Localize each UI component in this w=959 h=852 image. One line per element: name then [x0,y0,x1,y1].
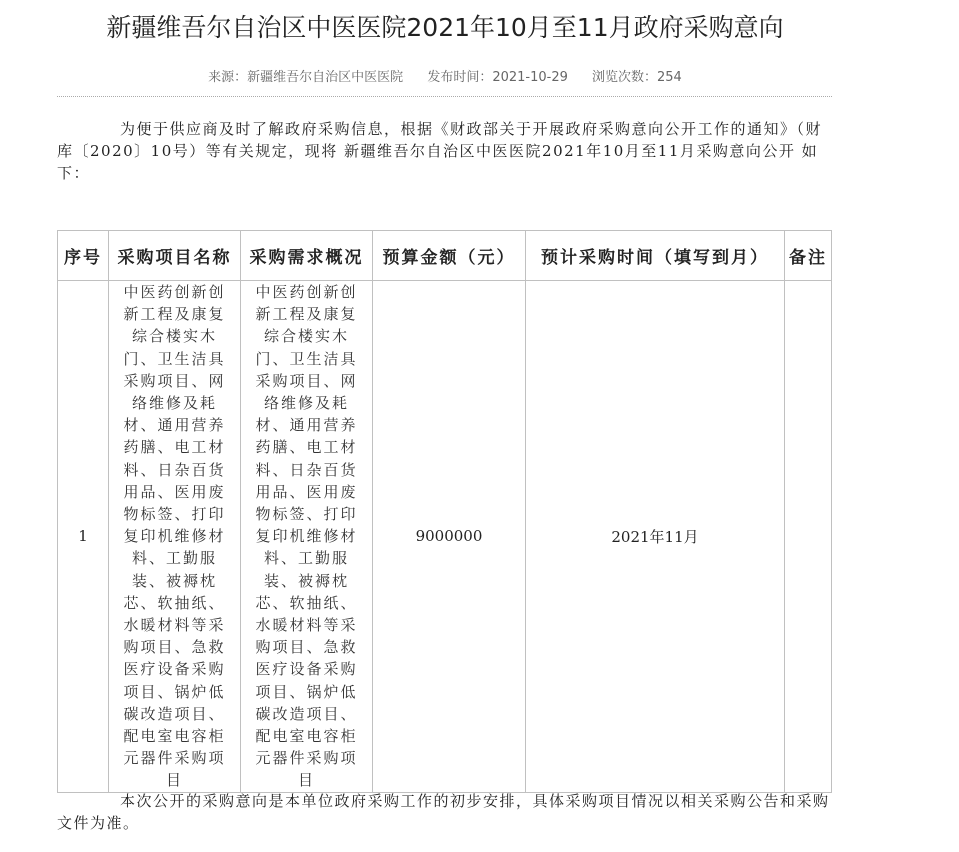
source-label: 来源：新疆维吾尔自治区中医医院 [208,70,403,85]
publish-date: 发布时间：2021-10-29 [427,70,568,85]
project-name-text: 中医药创新创新工程及康复综合楼实木门、卫生洁具采购项目、网络维修及耗材、通用营养… [116,281,234,792]
cell-budget: 9000000 [373,281,526,793]
requirement-text: 中医药创新创新工程及康复综合楼实木门、卫生洁具采购项目、网络维修及耗材、通用营养… [248,281,366,792]
cell-requirement: 中医药创新创新工程及康复综合楼实木门、卫生洁具采购项目、网络维修及耗材、通用营养… [241,281,373,793]
header-purchase-time: 预计采购时间（填写到月） [526,231,785,281]
header-requirement: 采购需求概况 [241,231,373,281]
header-budget: 预算金额（元） [373,231,526,281]
table-row: 1 中医药创新创新工程及康复综合楼实木门、卫生洁具采购项目、网络维修及耗材、通用… [58,281,832,793]
meta-divider [57,96,832,97]
procurement-table: 序号 采购项目名称 采购需求概况 预算金额（元） 预计采购时间（填写到月） 备注… [57,230,832,793]
table-header-row: 序号 采购项目名称 采购需求概况 预算金额（元） 预计采购时间（填写到月） 备注 [58,231,832,281]
cell-purchase-time: 2021年11月 [526,281,785,793]
article-meta: 来源：新疆维吾尔自治区中医医院 发布时间：2021-10-29 浏览次数：254 [0,66,890,85]
page-title: 新疆维吾尔自治区中医医院2021年10月至11月政府采购意向 [0,8,890,44]
header-remark: 备注 [785,231,832,281]
cell-remark [785,281,832,793]
intro-paragraph: 为便于供应商及时了解政府采购信息，根据《财政部关于开展政府采购意向公开工作的通知… [57,118,832,184]
cell-index: 1 [58,281,109,793]
view-count: 浏览次数：254 [592,70,682,85]
header-index: 序号 [58,231,109,281]
cell-project-name: 中医药创新创新工程及康复综合楼实木门、卫生洁具采购项目、网络维修及耗材、通用营养… [109,281,241,793]
footer-note: 本次公开的采购意向是本单位政府采购工作的初步安排，具体采购项目情况以相关采购公告… [57,790,832,834]
header-project-name: 采购项目名称 [109,231,241,281]
